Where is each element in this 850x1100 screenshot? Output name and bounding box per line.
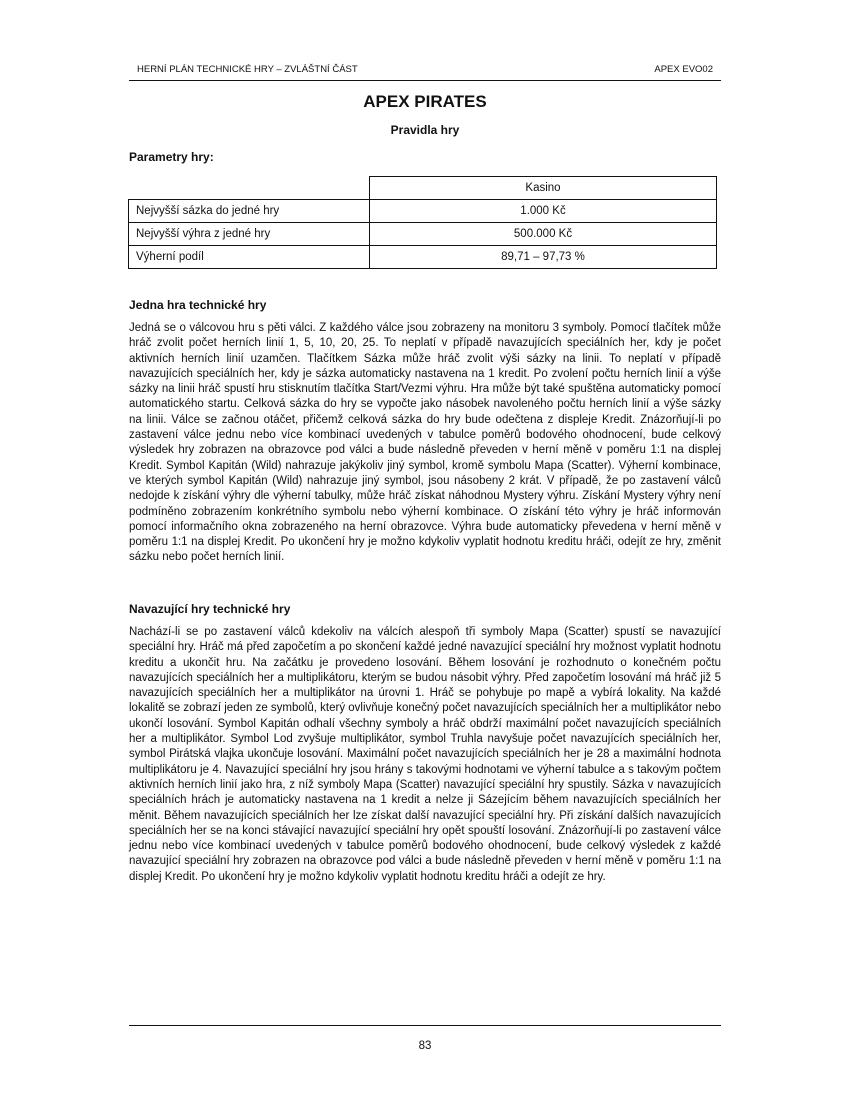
header-game-code: APEX EVO02 xyxy=(654,64,713,75)
table-row: Nejvyšší výhra z jedné hry 500.000 Kč xyxy=(129,223,717,246)
header-document-title: HERNÍ PLÁN TECHNICKÉ HRY – ZVLÁŠTNÍ ČÁST xyxy=(137,64,358,75)
table-row: Výherní podíl 89,71 – 97,73 % xyxy=(129,246,717,269)
page-number: 83 xyxy=(129,1040,721,1052)
params-label: Parametry hry: xyxy=(129,150,214,164)
params-table: Kasino Nejvyšší sázka do jedné hry 1.000… xyxy=(128,176,717,269)
header-divider xyxy=(129,80,721,81)
table-row-label: Nejvyšší sázka do jedné hry xyxy=(129,200,370,223)
table-row: Nejvyšší sázka do jedné hry 1.000 Kč xyxy=(129,200,717,223)
section-bonus-games: Navazující hry technické hry Nachází-li … xyxy=(129,602,721,885)
section-single-game: Jedna hra technické hry Jedná se o válco… xyxy=(129,298,721,566)
section-heading: Jedna hra technické hry xyxy=(129,298,721,312)
table-row-value: 1.000 Kč xyxy=(370,200,717,223)
table-row-value: 89,71 – 97,73 % xyxy=(370,246,717,269)
page-header: HERNÍ PLÁN TECHNICKÉ HRY – ZVLÁŠTNÍ ČÁST… xyxy=(129,62,721,78)
table-row-label: Výherní podíl xyxy=(129,246,370,269)
section-body: Nachází-li se po zastavení válců kdekoli… xyxy=(129,625,721,885)
section-body: Jedná se o válcovou hru s pěti válci. Z … xyxy=(129,321,721,566)
table-row-label: Nejvyšší výhra z jedné hry xyxy=(129,223,370,246)
footer-divider xyxy=(129,1025,721,1026)
table-row-value: 500.000 Kč xyxy=(370,223,717,246)
section-heading: Navazující hry technické hry xyxy=(129,602,721,616)
table-header-kasino: Kasino xyxy=(370,177,717,200)
page-subtitle: Pravidla hry xyxy=(129,123,721,137)
table-header-row: Kasino xyxy=(129,177,717,200)
page-title: APEX PIRATES xyxy=(129,92,721,112)
table-header-blank xyxy=(129,177,370,200)
